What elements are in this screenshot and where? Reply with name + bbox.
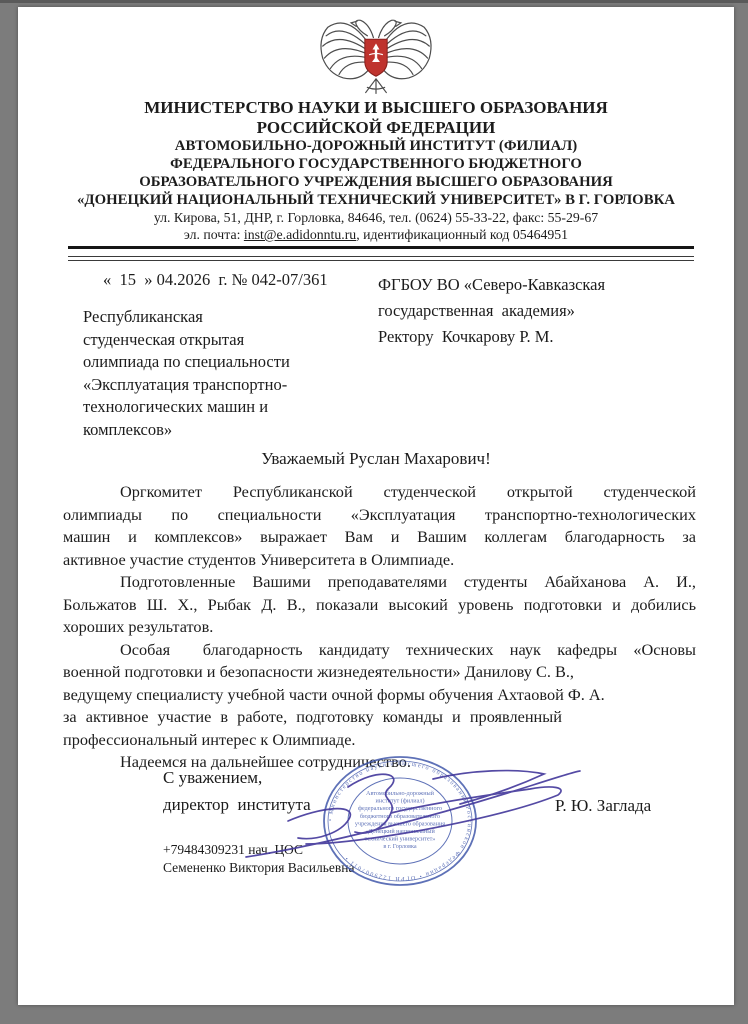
viewer-top-edge [0,0,748,3]
letterhead: МИНИСТЕРСТВО НАУКИ И ВЫСШЕГО ОБРАЗОВАНИЯ… [18,98,734,243]
body-line: военной подготовки и безопасности жизнед… [63,661,696,684]
meta-row: « 15 » 04.2026 г. № 042-07/361 Республик… [18,270,734,441]
meta-left-column: « 15 » 04.2026 г. № 042-07/361 Республик… [18,270,378,441]
email-label: эл. почта: [184,227,244,242]
subject-line: студенческая открытая [83,329,378,352]
body-line: активное участие студентов Университета … [63,549,696,572]
ministry-name-line2: РОССИЙСКОЙ ФЕДЕРАЦИИ [18,118,734,138]
institute-name-line: АВТОМОБИЛЬНО-ДОРОЖНЫЙ ИНСТИТУТ (ФИЛИАЛ) [18,137,734,155]
email-line: эл. почта: inst@e.adidonntu.ru, идентифи… [18,226,734,243]
body-line: Особая благодарность кандидату техническ… [63,639,696,662]
date-and-number-line: « 15 » 04.2026 г. № 042-07/361 [103,270,378,290]
institute-name-line: ФЕДЕРАЛЬНОГО ГОСУДАРСТВЕННОГО БЮДЖЕТНОГО [18,155,734,173]
letter-body: Оргкомитет Республиканской студенческой … [63,481,696,774]
recipient-block: ФГБОУ ВО «Северо-Кавказскаягосударственн… [378,270,734,441]
recipient-line: Ректору Кочкарову Р. М. [378,324,734,350]
body-line: Больжатов Ш. Х., Рыбак Д. В., показали в… [63,594,696,617]
body-line: олимпиады по специальности «Эксплуатация… [63,504,696,527]
body-line: Оргкомитет Республиканской студенческой … [63,481,696,504]
recipient-line: ФГБОУ ВО «Северо-Кавказская [378,272,734,298]
institute-name-lines: АВТОМОБИЛЬНО-ДОРОЖНЫЙ ИНСТИТУТ (ФИЛИАЛ)Ф… [18,137,734,209]
body-line: ведущему специалисту учебной части очной… [63,684,696,707]
body-line: за активное участие в работе, подготовку… [63,706,696,729]
subject-line: технологических машин и [83,396,378,419]
address-line: ул. Кирова, 51, ДНР, г. Горловка, 84646,… [18,209,734,226]
body-line: профессиональный интерес к Олимпиаде. [63,729,696,752]
double-headed-eagle-icon [315,10,437,96]
email-link[interactable]: inst@e.adidonntu.ru [244,227,356,242]
greeting-line: Уважаемый Руслан Махарович! [18,449,734,469]
header-separator [68,246,694,261]
institute-name-line: ОБРАЗОВАТЕЛЬНОГО УЧРЕЖДЕНИЯ ВЫСШЕГО ОБРА… [18,173,734,191]
institute-name-line: «ДОНЕЦКИЙ НАЦИОНАЛЬНЫЙ ТЕХНИЧЕСКИЙ УНИВЕ… [18,191,734,209]
subject-block: Республиканскаястуденческая открытаяолим… [83,306,378,441]
body-line: хороших результатов. [63,616,696,639]
body-line: Подготовленные Вашими преподавателями ст… [63,571,696,594]
subject-line: Республиканская [83,306,378,329]
subject-line: комплексов» [83,419,378,442]
letter-page: МИНИСТЕРСТВО НАУКИ И ВЫСШЕГО ОБРАЗОВАНИЯ… [18,7,734,1005]
rule-double [68,256,694,261]
email-suffix: , идентификационный код 05464951 [356,227,568,242]
handwritten-signature [228,755,588,873]
subject-line: олимпиада по специальности [83,351,378,374]
subject-line: «Эксплуатация транспортно- [83,374,378,397]
rule-thick [68,246,694,249]
recipient-line: государственная академия» [378,298,734,324]
ministry-name-line1: МИНИСТЕРСТВО НАУКИ И ВЫСШЕГО ОБРАЗОВАНИЯ [18,98,734,118]
emblem-container [18,7,734,98]
body-line: машин и комплексов» выражает Вам и Вашим… [63,526,696,549]
